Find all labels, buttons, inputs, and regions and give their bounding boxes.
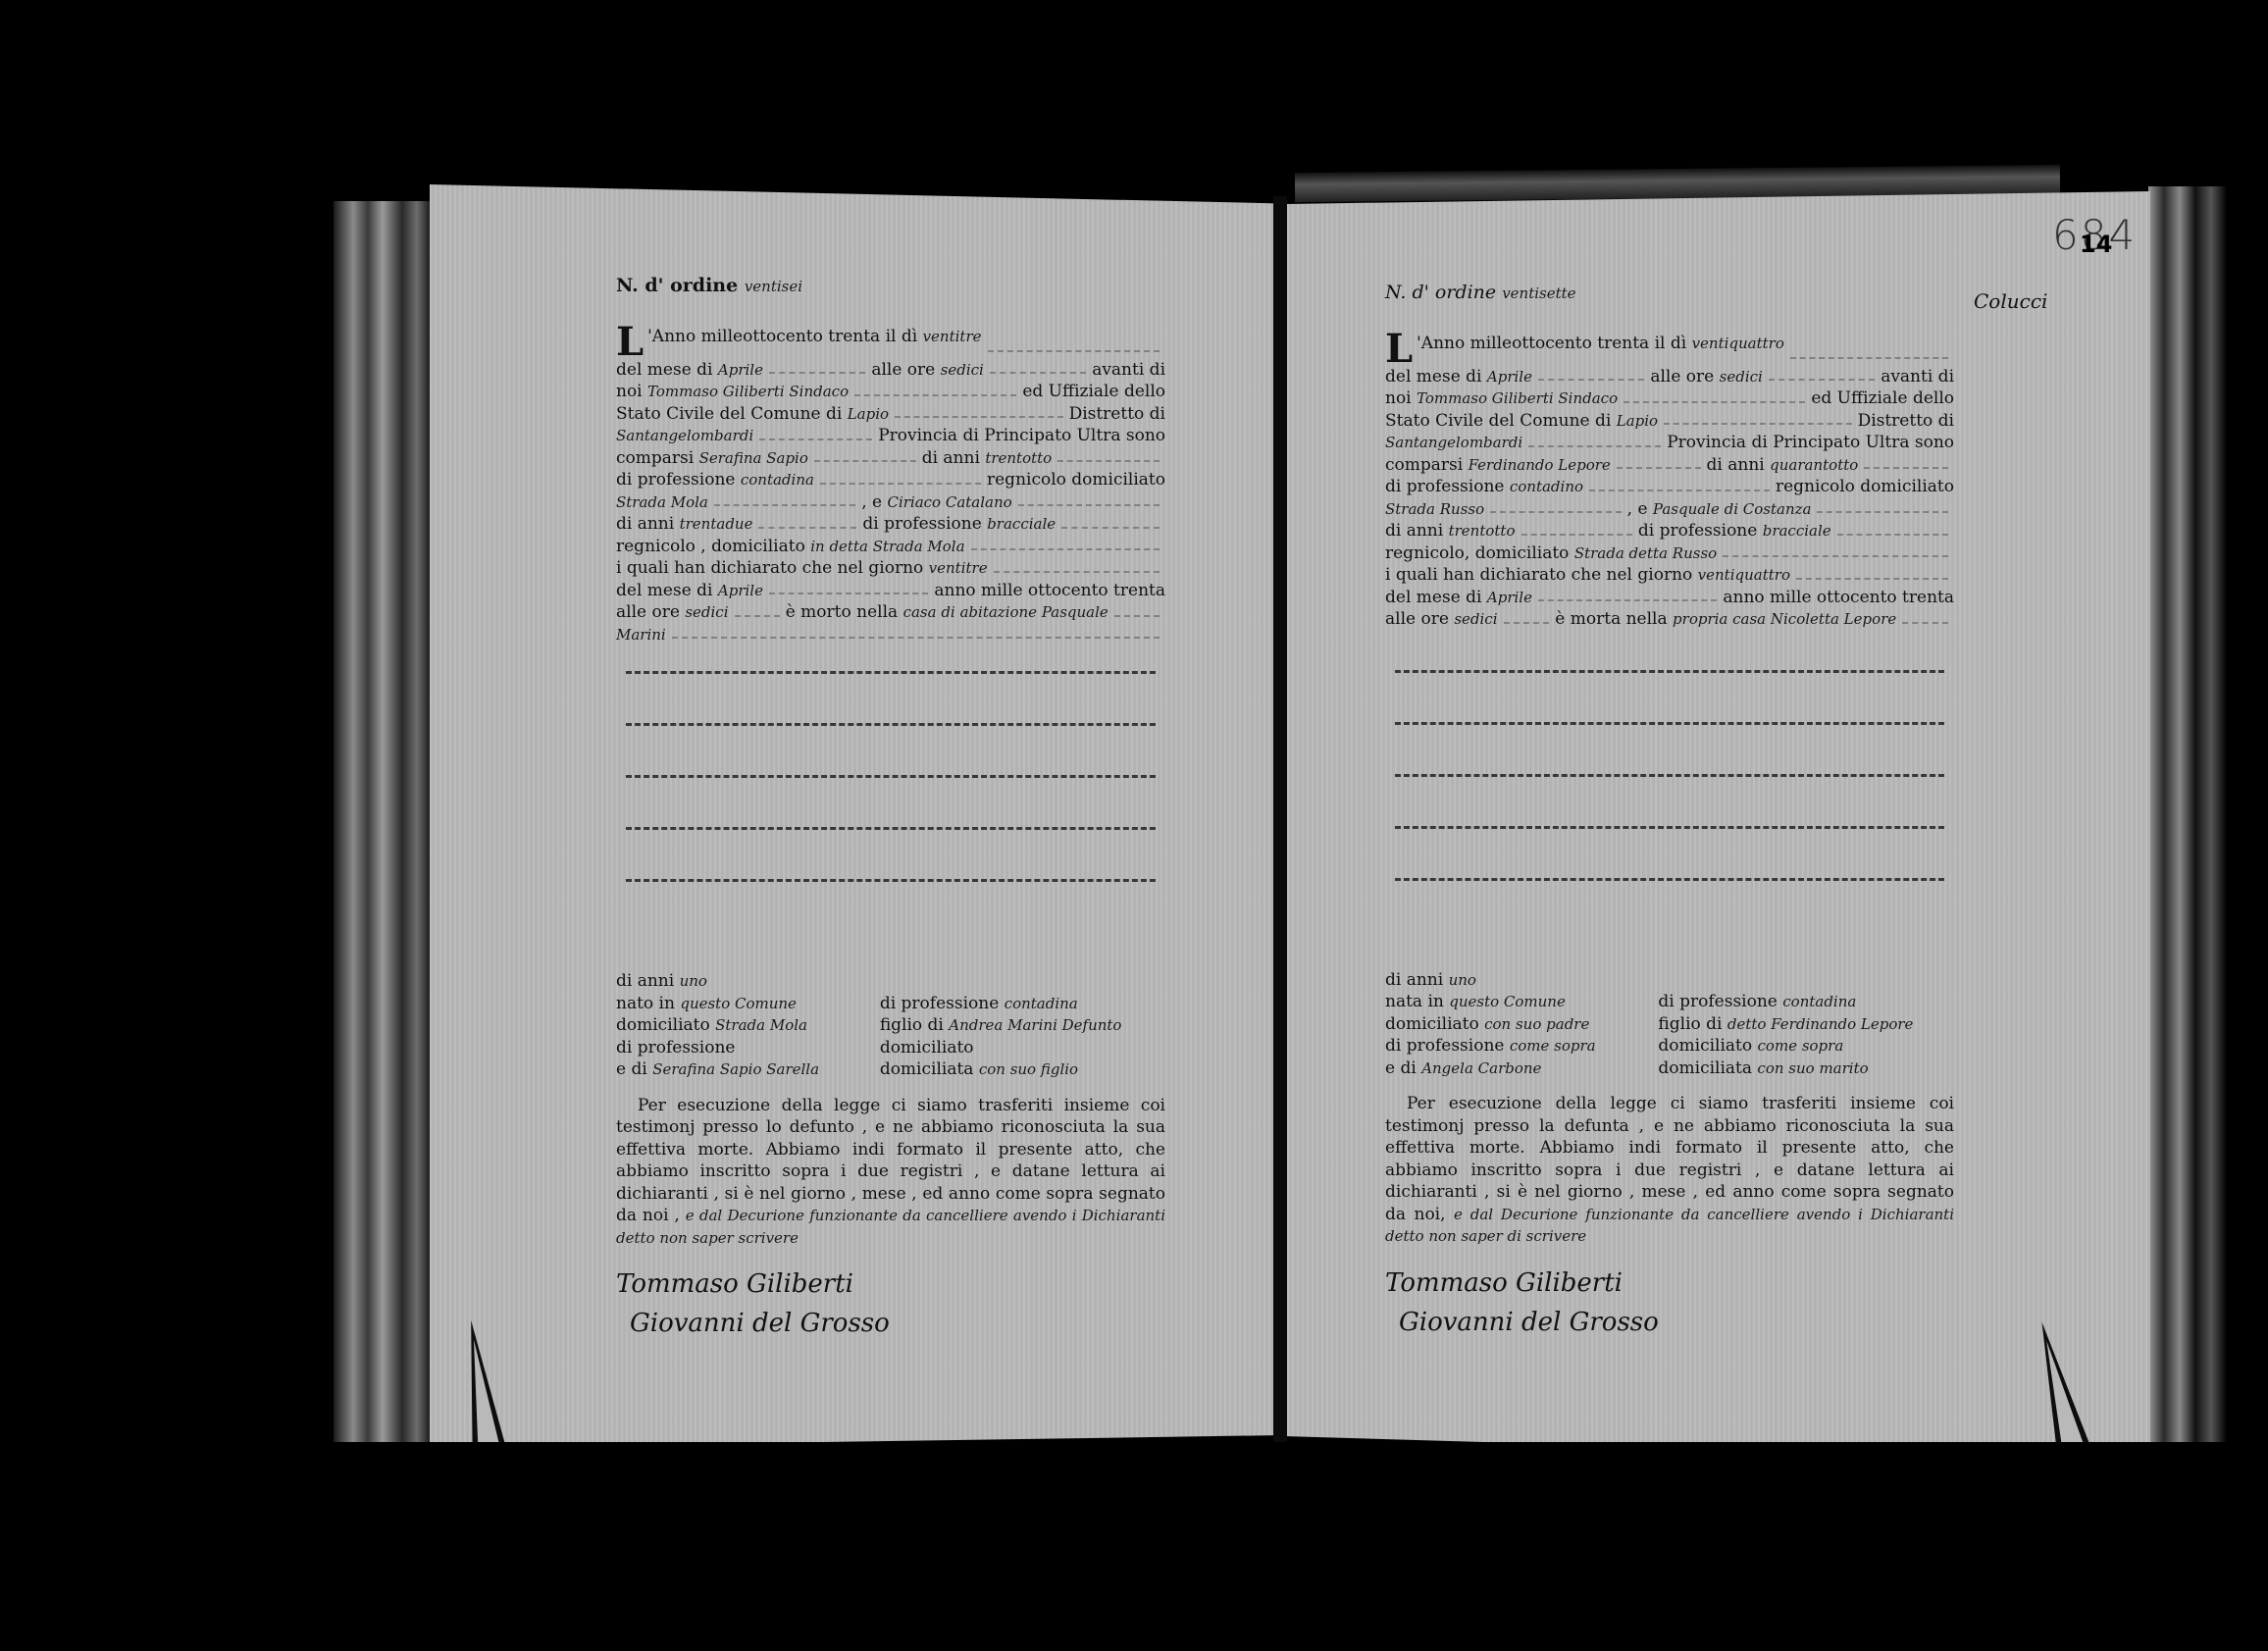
line-left: e di Angela Carbone xyxy=(1385,1058,1658,1080)
line-left: noi Tommaso Giliberti Sindaco xyxy=(1385,387,1618,410)
dashed-filler xyxy=(1521,520,1632,536)
handwritten-entry: sedici xyxy=(1454,610,1497,628)
line-mid: di professione bracciale xyxy=(1638,520,1831,542)
deceased-details: di anni unonato in questo Comunedi profe… xyxy=(616,970,1165,1081)
handwritten-entry: Ciriaco Catalano xyxy=(887,493,1011,511)
line-left: comparsi Serafina Sapio xyxy=(616,447,808,470)
printed-text: di professione xyxy=(616,470,741,490)
handwritten-entry: ventitre xyxy=(929,559,988,577)
handwritten-entry: Strada Mola xyxy=(715,1016,807,1034)
dashed-filler xyxy=(1796,564,1948,580)
handwritten-entry: con suo marito xyxy=(1757,1059,1868,1077)
printed-text: domiciliato xyxy=(616,1015,715,1035)
form-line: del mese di Aprilealle ore sediciavanti … xyxy=(616,359,1165,382)
handwritten-entry: contadina xyxy=(741,471,814,489)
blank-dashed-lines xyxy=(1385,670,1954,930)
form-line: L'Anno milleottocento trenta il dì venti… xyxy=(1385,333,1954,366)
form-line: SantangelombardiProvincia di Principato … xyxy=(616,425,1165,447)
left-record: N. d' ordine ventisei L'Anno milleottoce… xyxy=(616,275,1165,1343)
printed-text: avanti di xyxy=(1092,359,1165,382)
printed-text: 'Anno milleottocento trenta il dì xyxy=(1417,334,1691,353)
line-right: domiciliata con suo marito xyxy=(1658,1058,1954,1080)
printed-text: di anni xyxy=(922,448,986,468)
printed-text: del mese di xyxy=(1385,588,1487,607)
handwritten-entry: sedici xyxy=(1720,368,1763,386)
dashed-filler xyxy=(895,403,1063,419)
dashed-filler xyxy=(1538,366,1644,382)
handwritten-entry: contadino xyxy=(1510,478,1583,495)
printed-text: noi xyxy=(1385,388,1417,408)
line-left: di professione xyxy=(616,1037,880,1059)
right-record: N. d' ordine ventisette L'Anno milleotto… xyxy=(1385,282,1954,1342)
line-left: nata in questo Comune xyxy=(1385,991,1658,1013)
deceased-line: e di Serafina Sapio Sarelladomiciliata c… xyxy=(616,1058,1165,1081)
line-right xyxy=(880,970,1165,993)
handwritten-entry: propria casa Nicoletta Lepore xyxy=(1673,610,1896,628)
handwritten-entry: Ferdinando Lepore xyxy=(1469,456,1611,474)
handwritten-entry: uno xyxy=(1449,971,1476,989)
book-edge-right xyxy=(2148,186,2227,1462)
printed-text: di anni xyxy=(1385,970,1449,990)
printed-text: del mese di xyxy=(1385,367,1487,387)
dashed-filler xyxy=(854,381,1016,396)
record-lines: L'Anno milleottocento trenta il dì venti… xyxy=(1385,333,1954,631)
dashed-filler xyxy=(769,359,865,375)
dashed-filler xyxy=(769,580,928,595)
signature-decurion: Giovanni del Grosso xyxy=(1399,1303,1954,1342)
handwritten-entry: come sopra xyxy=(1510,1037,1596,1055)
line-left: del mese di Aprile xyxy=(616,580,763,602)
form-line: comparsi Ferdinando Leporedi anni quaran… xyxy=(1385,454,1954,477)
line-left: di anni uno xyxy=(616,970,880,993)
printed-text: Stato Civile del Comune di xyxy=(616,404,848,424)
handwritten-entry: Lapio xyxy=(848,405,889,423)
dashed-filler xyxy=(988,326,1160,352)
dashed-filler xyxy=(759,425,872,440)
printed-text: del mese di xyxy=(616,581,718,600)
dashed-filler xyxy=(1018,491,1160,507)
dashed-filler xyxy=(1723,542,1948,558)
line-mid: alle ore sedici xyxy=(871,359,984,382)
dashed-filler xyxy=(1589,476,1770,491)
book-gutter xyxy=(1273,196,1287,1462)
handwritten-entry: Santangelombardi xyxy=(616,427,753,444)
record-lines: L'Anno milleottocento trenta il dì venti… xyxy=(616,326,1165,646)
handwritten-entry: trentadue xyxy=(680,515,753,533)
line-left: regnicolo , domiciliato in detta Strada … xyxy=(616,536,965,558)
printed-text: comparsi xyxy=(616,448,699,468)
line-mid: di anni trentotto xyxy=(922,447,1053,470)
handwritten-entry: con suo padre xyxy=(1484,1015,1589,1033)
printed-text: figlio di xyxy=(880,1015,949,1035)
leaf-number: 14 xyxy=(2080,231,2112,258)
dashed-filler xyxy=(1769,366,1875,382)
blank-dashed-lines xyxy=(616,671,1165,931)
handwritten-entry: ventitre xyxy=(923,328,982,345)
form-line: di professione contadinoregnicolo domici… xyxy=(1385,476,1954,498)
printed-text: domiciliata xyxy=(880,1059,979,1079)
printed-text: alle ore xyxy=(1650,367,1719,387)
dashed-filler xyxy=(1617,454,1701,470)
form-line: L'Anno milleottocento trenta il dì venti… xyxy=(616,326,1165,359)
printed-text: ed Uffiziale dello xyxy=(1811,387,1954,410)
form-line: del mese di Aprileanno mille ottocento t… xyxy=(1385,587,1954,609)
line-left: Strada Mola xyxy=(616,491,708,514)
dashed-filler xyxy=(735,601,780,617)
printed-text: domiciliato xyxy=(1385,1014,1484,1034)
line-left: Strada Russo xyxy=(1385,498,1484,521)
dashed-filler xyxy=(994,557,1160,573)
form-line: Marini xyxy=(616,624,1165,646)
printed-text: di professione xyxy=(616,1038,735,1058)
printed-text: di professione xyxy=(1638,521,1763,541)
handwritten-entry: Angela Carbone xyxy=(1421,1059,1541,1077)
printed-text: , e xyxy=(1627,499,1653,519)
line-left: domiciliato Strada Mola xyxy=(616,1014,880,1037)
line-left: del mese di Aprile xyxy=(1385,366,1532,388)
form-line: Strada Mola, e Ciriaco Catalano xyxy=(616,491,1165,514)
line-left: di professione contadino xyxy=(1385,476,1583,498)
record-header: N. d' ordine ventisei xyxy=(616,275,1165,298)
dashed-filler xyxy=(672,624,1160,640)
printed-text: anno mille ottocento trenta xyxy=(1723,587,1954,609)
form-line: alle ore sediciè morta nella propria cas… xyxy=(1385,608,1954,631)
signature-mayor: Tommaso Giliberti xyxy=(616,1264,1165,1304)
handwritten-entry: Tommaso Giliberti Sindaco xyxy=(1417,389,1618,407)
printed-text: di anni xyxy=(616,514,680,534)
form-line: i quali han dichiarato che nel giorno ve… xyxy=(616,557,1165,580)
printed-text: Provincia di Principato Ultra sono xyxy=(878,425,1165,447)
record-number: ventisei xyxy=(745,278,802,295)
printed-text: di anni xyxy=(616,971,680,991)
line-mid: di professione bracciale xyxy=(862,513,1056,536)
record-header: N. d' ordine ventisette xyxy=(1385,282,1954,305)
line-left: di anni uno xyxy=(1385,969,1658,992)
dashed-filler xyxy=(1837,520,1948,536)
handwritten-entry: detto Ferdinando Lepore xyxy=(1727,1015,1914,1033)
printed-text: di professione xyxy=(1385,477,1510,496)
handwritten-entry: con suo figlio xyxy=(979,1060,1078,1078)
handwritten-entry: Pasquale di Costanza xyxy=(1653,500,1812,518)
handwritten-entry: questo Comune xyxy=(1449,993,1566,1010)
handwritten-entry: casa di abitazione Pasquale xyxy=(903,603,1108,621)
deceased-line: di anni uno xyxy=(616,970,1165,993)
dashed-filler xyxy=(990,359,1086,375)
line-mid: è morta nella propria casa Nicoletta Lep… xyxy=(1555,608,1896,631)
deceased-details: di anni unonata in questo Comunedi profe… xyxy=(1385,969,1954,1080)
scan-background xyxy=(334,1442,2227,1651)
printed-text: del mese di xyxy=(616,360,718,380)
printed-text: figlio di xyxy=(1658,1014,1727,1034)
printed-text: Stato Civile del Comune di xyxy=(1385,411,1617,431)
printed-text: alle ore xyxy=(616,602,685,622)
form-line: di professione contadinaregnicolo domici… xyxy=(616,469,1165,491)
line-mid: , e Pasquale di Costanza xyxy=(1627,498,1812,521)
dashed-filler xyxy=(1664,410,1852,426)
closing-paragraph: Per esecuzione della legge ci siamo tras… xyxy=(1385,1093,1954,1248)
handwritten-entry: contadina xyxy=(1005,995,1078,1012)
handwritten-entry: Serafina Sapio Sarella xyxy=(652,1060,819,1078)
line-right: di professione contadina xyxy=(880,993,1165,1015)
form-line: di anni trentottodi professione braccial… xyxy=(1385,520,1954,542)
line-left: i quali han dichiarato che nel giorno ve… xyxy=(1385,564,1790,587)
form-line: SantangelombardiProvincia di Principato … xyxy=(1385,432,1954,454)
handwritten-entry: Marini xyxy=(616,626,666,644)
printed-text: ed Uffiziale dello xyxy=(1022,381,1165,403)
deceased-line: di professione come sopradomiciliato com… xyxy=(1385,1035,1954,1058)
line-left: comparsi Ferdinando Lepore xyxy=(1385,454,1611,477)
printed-text: alle ore xyxy=(1385,609,1454,629)
printed-text: anno mille ottocento trenta xyxy=(934,580,1165,602)
printed-text: avanti di xyxy=(1881,366,1954,388)
printed-text: i quali han dichiarato che nel giorno xyxy=(616,558,929,578)
handwritten-entry: Strada Russo xyxy=(1385,500,1484,518)
line-left: di professione come sopra xyxy=(1385,1035,1658,1058)
printed-text: , e xyxy=(861,492,887,512)
signatures: Tommaso Giliberti Giovanni del Grosso xyxy=(616,1264,1165,1343)
form-line: del mese di Aprileanno mille ottocento t… xyxy=(616,580,1165,602)
line-left: i quali han dichiarato che nel giorno ve… xyxy=(616,557,988,580)
line-left: Stato Civile del Comune di Lapio xyxy=(616,403,889,426)
closing-paragraph: Per esecuzione della legge ci siamo tras… xyxy=(616,1095,1165,1250)
line-left: di anni trentadue xyxy=(616,513,752,536)
line-left: Santangelombardi xyxy=(616,425,753,447)
form-line: regnicolo, domiciliato Strada detta Russ… xyxy=(1385,542,1954,565)
line-left: di professione contadina xyxy=(616,469,814,491)
line-mid: alle ore sedici xyxy=(1650,366,1763,388)
handwritten-entry: in detta Strada Mola xyxy=(810,538,964,555)
printed-text: 'Anno milleottocento trenta il dì xyxy=(647,327,922,346)
dashed-filler xyxy=(1864,454,1948,470)
dashed-filler xyxy=(714,491,855,507)
printed-text: di professione xyxy=(1658,992,1782,1011)
signature-mayor: Tommaso Giliberti xyxy=(1385,1264,1954,1303)
right-page: 684 14 Colucci N. d' ordine ventisette L… xyxy=(1287,191,2150,1462)
form-line: Stato Civile del Comune di LapioDistrett… xyxy=(616,403,1165,426)
dashed-filler xyxy=(1057,447,1160,463)
line-left: di anni trentotto xyxy=(1385,520,1516,542)
printed-text: domiciliato xyxy=(880,1038,974,1058)
line-left: Santangelombardi xyxy=(1385,432,1522,454)
form-line: i quali han dichiarato che nel giorno ve… xyxy=(1385,564,1954,587)
dashed-filler xyxy=(1114,601,1160,617)
handwritten-entry: sedici xyxy=(941,361,984,379)
deceased-line: di anni uno xyxy=(1385,969,1954,992)
form-line: Strada Russo, e Pasquale di Costanza xyxy=(1385,498,1954,521)
record-number: ventisette xyxy=(1502,284,1575,302)
book-edge-left xyxy=(334,201,432,1447)
line-left: Stato Civile del Comune di Lapio xyxy=(1385,410,1658,433)
deceased-line: di professione domiciliato xyxy=(616,1037,1165,1059)
handwritten-entry: Aprile xyxy=(718,582,763,599)
dashed-filler xyxy=(1490,498,1622,514)
dashed-filler xyxy=(758,513,856,529)
printed-text: regnicolo domiciliato xyxy=(1776,476,1954,498)
handwritten-entry: Andrea Marini Defunto xyxy=(949,1016,1121,1034)
deceased-line: nata in questo Comunedi professione cont… xyxy=(1385,991,1954,1013)
dashed-filler xyxy=(820,469,981,485)
form-line: noi Tommaso Giliberti Sindacoed Uffizial… xyxy=(616,381,1165,403)
printed-text: di professione xyxy=(1385,1036,1510,1056)
line-right: figlio di Andrea Marini Defunto xyxy=(880,1014,1165,1037)
handwritten-entry: Aprile xyxy=(1487,368,1532,386)
printed-text: nato in xyxy=(616,994,680,1013)
printed-text: di professione xyxy=(862,514,987,534)
handwritten-entry: ventiquattro xyxy=(1692,335,1784,352)
form-line: noi Tommaso Giliberti Sindacoed Uffizial… xyxy=(1385,387,1954,410)
printed-text: noi xyxy=(616,382,647,401)
line-left: nato in questo Comune xyxy=(616,993,880,1015)
form-line: del mese di Aprilealle ore sediciavanti … xyxy=(1385,366,1954,388)
printed-text: regnicolo domiciliato xyxy=(987,469,1165,491)
printed-text: Provincia di Principato Ultra sono xyxy=(1667,432,1954,454)
line-mid: , e Ciriaco Catalano xyxy=(861,491,1012,514)
dashed-filler xyxy=(1817,498,1948,514)
handwritten-entry: sedici xyxy=(685,603,728,621)
form-line: alle ore sediciè morto nella casa di abi… xyxy=(616,601,1165,624)
dashed-filler xyxy=(1624,387,1805,403)
printed-text: nata in xyxy=(1385,992,1449,1011)
printed-text: regnicolo , domiciliato xyxy=(616,537,810,556)
dashed-filler xyxy=(1902,608,1948,624)
handwritten-entry: Strada Mola xyxy=(616,493,708,511)
line-right: figlio di detto Ferdinando Lepore xyxy=(1658,1013,1954,1036)
line-mid: di anni quarantotto xyxy=(1707,454,1859,477)
printed-text: e di xyxy=(616,1059,652,1079)
dashed-filler xyxy=(1528,432,1661,447)
handwritten-entry: Strada detta Russo xyxy=(1574,544,1717,562)
deceased-line: domiciliato Strada Molafiglio di Andrea … xyxy=(616,1014,1165,1037)
handwritten-entry: Lapio xyxy=(1617,412,1658,430)
line-left: L'Anno milleottocento trenta il dì venti… xyxy=(1385,333,1784,366)
signature-decurion: Giovanni del Grosso xyxy=(630,1304,1165,1343)
line-left: alle ore sedici xyxy=(1385,608,1498,631)
printed-text: i quali han dichiarato che nel giorno xyxy=(1385,565,1698,585)
printed-text: Distretto di xyxy=(1858,410,1954,433)
form-line: regnicolo , domiciliato in detta Strada … xyxy=(616,536,1165,558)
handwritten-entry: bracciale xyxy=(1763,522,1831,540)
dashed-filler xyxy=(1790,333,1948,359)
deceased-line: e di Angela Carbonedomiciliata con suo m… xyxy=(1385,1058,1954,1080)
line-right: domiciliato xyxy=(880,1037,1165,1059)
deceased-line: nato in questo Comunedi professione cont… xyxy=(616,993,1165,1015)
deceased-line: domiciliato con suo padrefiglio di detto… xyxy=(1385,1013,1954,1036)
line-left: Marini xyxy=(616,624,666,646)
handwritten-entry: uno xyxy=(680,972,707,990)
handwritten-entry: Serafina Sapio xyxy=(699,449,808,467)
printed-text: regnicolo, domiciliato xyxy=(1385,543,1574,563)
drop-cap: L xyxy=(616,326,644,359)
line-left: L'Anno milleottocento trenta il dì venti… xyxy=(616,326,982,359)
line-right: domiciliato come sopra xyxy=(1658,1035,1954,1058)
dashed-filler xyxy=(1538,587,1717,602)
printed-text: è morta nella xyxy=(1555,609,1673,629)
dashed-filler xyxy=(1504,608,1550,624)
handwritten-entry: Santangelombardi xyxy=(1385,434,1522,451)
handwritten-entry: trentotto xyxy=(985,449,1052,467)
line-left: regnicolo, domiciliato Strada detta Russ… xyxy=(1385,542,1717,565)
signatures: Tommaso Giliberti Giovanni del Grosso xyxy=(1385,1264,1954,1342)
form-line: di anni trentaduedi professione braccial… xyxy=(616,513,1165,536)
printed-text: di anni xyxy=(1707,455,1771,475)
printed-text: e di xyxy=(1385,1058,1421,1078)
line-left: del mese di Aprile xyxy=(1385,587,1532,609)
dashed-filler xyxy=(1061,513,1160,529)
handwritten-entry: ventiquattro xyxy=(1698,566,1790,584)
form-line: Stato Civile del Comune di LapioDistrett… xyxy=(1385,410,1954,433)
printed-text: comparsi xyxy=(1385,455,1469,475)
handwritten-entry: trentotto xyxy=(1449,522,1516,540)
printed-text: di professione xyxy=(880,994,1005,1013)
handwritten-entry: Tommaso Giliberti Sindaco xyxy=(647,383,849,400)
right-margin-note: Colucci xyxy=(1974,289,2047,313)
printed-text: di anni xyxy=(1385,521,1449,541)
line-left: noi Tommaso Giliberti Sindaco xyxy=(616,381,849,403)
line-right xyxy=(1658,969,1954,992)
handwritten-entry: Aprile xyxy=(1487,589,1532,606)
handwritten-entry: come sopra xyxy=(1758,1037,1844,1055)
line-left: e di Serafina Sapio Sarella xyxy=(616,1058,880,1081)
drop-cap: L xyxy=(1385,333,1413,366)
printed-text: è morto nella xyxy=(786,602,903,622)
line-right: di professione contadina xyxy=(1658,991,1954,1013)
handwritten-entry: contadina xyxy=(1782,993,1856,1010)
dashed-filler xyxy=(814,447,916,463)
printed-text: Distretto di xyxy=(1069,403,1165,426)
line-left: domiciliato con suo padre xyxy=(1385,1013,1658,1036)
handwritten-entry: bracciale xyxy=(987,515,1056,533)
printed-text: alle ore xyxy=(871,360,940,380)
handwritten-entry: questo Comune xyxy=(680,995,797,1012)
line-left: del mese di Aprile xyxy=(616,359,763,382)
left-page: Marini N. d' ordine ventisei L'Anno mill… xyxy=(430,184,1275,1448)
line-left: alle ore sedici xyxy=(616,601,729,624)
dashed-filler xyxy=(971,536,1160,551)
handwritten-entry: Aprile xyxy=(718,361,763,379)
printed-text: domiciliata xyxy=(1658,1058,1757,1078)
line-right: domiciliata con suo figlio xyxy=(880,1058,1165,1081)
line-mid: è morto nella casa di abitazione Pasqual… xyxy=(786,601,1108,624)
printed-text: domiciliato xyxy=(1658,1036,1757,1056)
handwritten-entry: quarantotto xyxy=(1770,456,1858,474)
form-line: comparsi Serafina Sapiodi anni trentotto xyxy=(616,447,1165,470)
